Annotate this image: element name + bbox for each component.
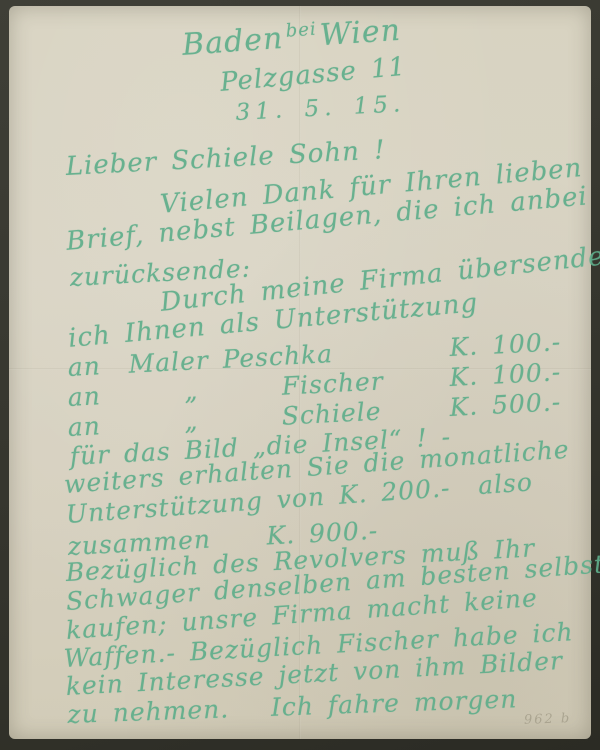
inventory-number: 962 b bbox=[523, 711, 571, 728]
letter-paper: BadenbeiWien Pelzgasse 11 31. 5. 15. Lie… bbox=[9, 6, 591, 739]
bei-superscript: bei bbox=[285, 19, 317, 42]
payment-amount: K. 100.- bbox=[449, 357, 562, 392]
payment-amount: K. 100.- bbox=[449, 327, 562, 362]
letter-photograph: BadenbeiWien Pelzgasse 11 31. 5. 15. Lie… bbox=[0, 0, 600, 750]
place-city: Wien bbox=[319, 13, 402, 54]
street-line: Pelzgasse 11 bbox=[219, 52, 407, 98]
date-line: 31. 5. 15. bbox=[235, 91, 406, 126]
payment-amount: K. 500.- bbox=[449, 387, 562, 422]
place-name: Baden bbox=[181, 21, 284, 63]
